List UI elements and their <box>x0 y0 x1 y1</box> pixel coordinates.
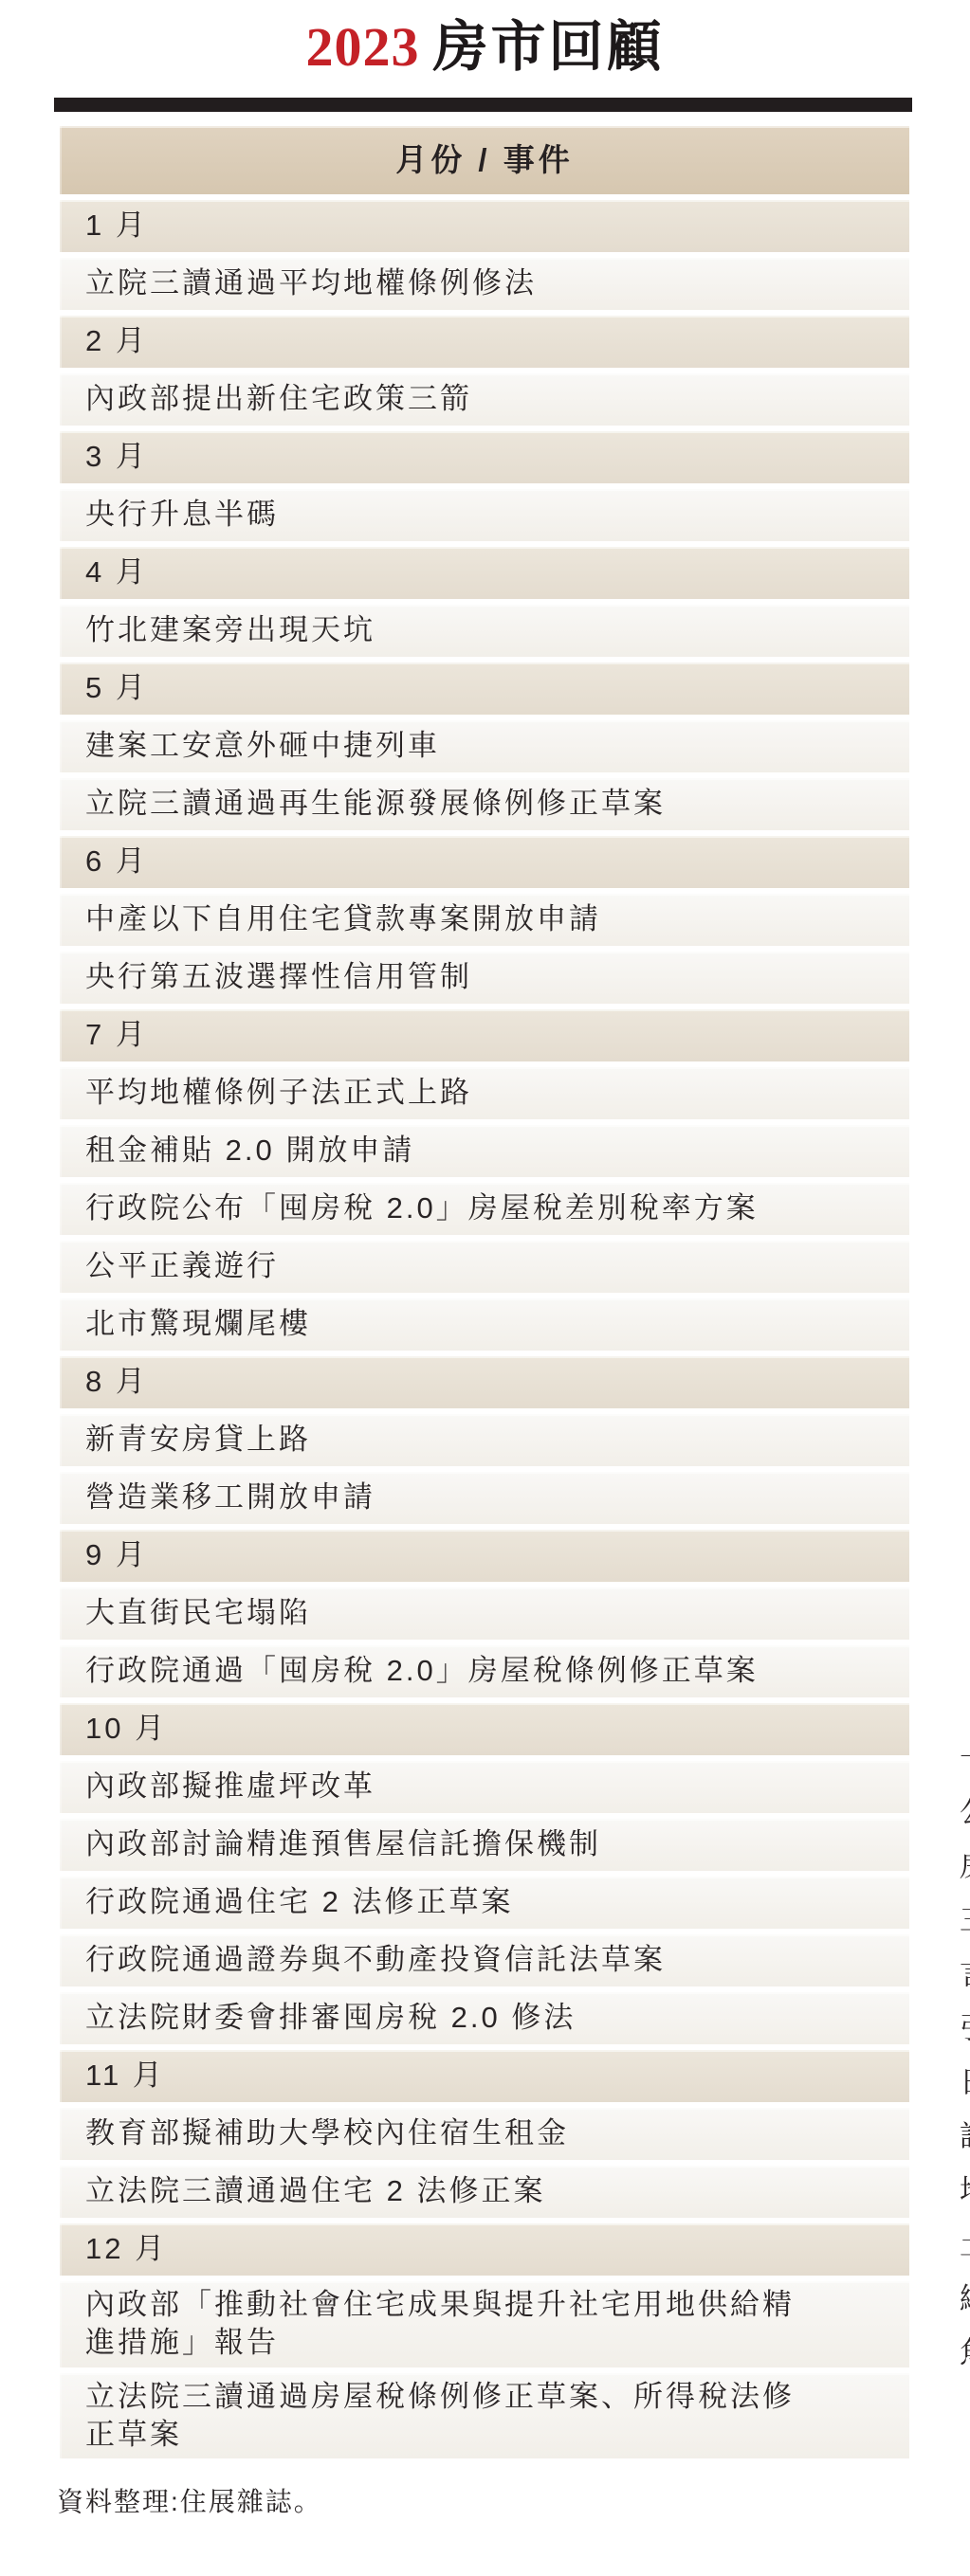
table-row-event: 內政部討論精進預售屋信託擔保機制 <box>60 1819 909 1871</box>
table-row-event: 竹北建案旁出現天坑 <box>60 605 909 657</box>
table-row-event: 央行第五波選擇性信用管制 <box>60 952 909 1004</box>
event-label: 竹北建案旁出現天坑 <box>85 611 375 649</box>
table-row-event: 立法院財委會排審囤房稅 2.0 修法 <box>60 1992 909 2044</box>
month-label: 7 月 <box>85 1016 148 1054</box>
event-label: 內政部「推動社會住宅成果與提升社宅用地供給精 進措施」報告 <box>85 2286 795 2363</box>
table-row-event: 央行升息半碼 <box>60 489 909 541</box>
event-label: 行政院通過證券與不動產投資信託法草案 <box>85 1941 666 1979</box>
table-row-event: 行政院公布「囤房稅 2.0」房屋稅差別稅率方案 <box>60 1183 909 1235</box>
event-label: 新青安房貸上路 <box>85 1421 311 1459</box>
table-row-month: 5 月 <box>60 662 909 715</box>
title-text: 房市回顧 <box>432 16 664 78</box>
table-row-month: 6 月 <box>60 836 909 888</box>
month-label: 5 月 <box>85 669 148 707</box>
event-label: 平均地權條例子法正式上路 <box>85 1074 472 1112</box>
event-label: 公平正義遊行 <box>85 1247 279 1285</box>
table-row-event: 北市驚現爛尾樓 <box>60 1298 909 1351</box>
table-row-event: 立院三讀通過再生能源發展條例修正草案 <box>60 778 909 830</box>
table-row-month: 2 月 <box>60 316 909 368</box>
event-label: 內政部擬推虛坪改革 <box>85 1768 375 1805</box>
table-row-event: 公平正義遊行 <box>60 1241 909 1293</box>
event-label: 央行升息半碼 <box>85 496 279 534</box>
table-row-event: 營造業移工開放申請 <box>60 1472 909 1524</box>
table-row-month: 11 月 <box>60 2050 909 2102</box>
event-label: 行政院通過「囤房稅 2.0」房屋稅條例修正草案 <box>85 1652 759 1690</box>
event-label: 租金補貼 2.0 開放申請 <box>85 1132 414 1170</box>
month-label: 6 月 <box>85 843 148 880</box>
month-label: 9 月 <box>85 1536 148 1574</box>
divider-bar <box>54 98 912 112</box>
event-label: 內政部提出新住宅政策三箭 <box>85 380 472 418</box>
title-year: 2023 <box>305 16 419 78</box>
table-row-event: 建案工安意外砸中捷列車 <box>60 720 909 772</box>
month-label: 3 月 <box>85 438 148 476</box>
event-label: 中產以下自用住宅貸款專案開放申請 <box>85 900 601 938</box>
table-row-event: 立院三讀通過平均地權條例修法 <box>60 258 909 310</box>
table-row-event: 內政部擬推虛坪改革 <box>60 1761 909 1813</box>
table-row-month: 10 月 <box>60 1703 909 1755</box>
table-row-event: 立法院三讀通過房屋稅條例修正草案、所得稅法修 正草案 <box>60 2373 909 2459</box>
table-header: 月份 / 事件 <box>60 126 909 194</box>
event-label: 北市驚現爛尾樓 <box>85 1305 311 1343</box>
event-label: 立院三讀通過平均地權條例修法 <box>85 264 537 302</box>
event-label: 營造業移工開放申請 <box>85 1478 375 1516</box>
month-label: 1 月 <box>85 207 148 245</box>
table-row-event: 中產以下自用住宅貸款專案開放申請 <box>60 894 909 946</box>
table-row-event: 行政院通過「囤房稅 2.0」房屋稅條例修正草案 <box>60 1645 909 1697</box>
event-label: 大直街民宅塌陷 <box>85 1594 311 1632</box>
event-label: 建案工安意外砸中捷列車 <box>85 727 440 765</box>
table-row-month: 7 月 <box>60 1009 909 1061</box>
table-row-month: 12 月 <box>60 2223 909 2276</box>
event-label: 立法院三讀通過房屋稅條例修正草案、所得稅法修 正草案 <box>85 2378 795 2455</box>
event-label: 立院三讀通過再生能源發展條例修正草案 <box>85 785 666 823</box>
table-row-event: 立法院三讀通過住宅 2 法修正案 <box>60 2166 909 2218</box>
event-label: 內政部討論精進預售屋信託擔保機制 <box>85 1825 601 1863</box>
page-title: 2023房市回顧 <box>0 17 970 78</box>
event-label: 立法院財委會排審囤房稅 2.0 修法 <box>85 1999 576 2037</box>
table-row-event: 教育部擬補助大學校內住宿生租金 <box>60 2108 909 2160</box>
table-row-event: 平均地權條例子法正式上路 <box>60 1067 909 1119</box>
table-row-month: 8 月 <box>60 1356 909 1408</box>
events-table: 月份 / 事件 1 月立院三讀通過平均地權條例修法2 月內政部提出新住宅政策三箭… <box>60 126 909 2458</box>
month-label: 11 月 <box>85 2057 165 2095</box>
event-label: 立法院三讀通過住宅 2 法修正案 <box>85 2172 545 2210</box>
clipped-vertical-text: 一公房三言引日請地土縮魚 <box>950 1742 970 2390</box>
source-note: 資料整理:住展雜誌。 <box>57 2481 322 2519</box>
table-row-event: 大直街民宅塌陷 <box>60 1587 909 1640</box>
table-row-event: 內政部提出新住宅政策三箭 <box>60 373 909 426</box>
event-label: 行政院公布「囤房稅 2.0」房屋稅差別稅率方案 <box>85 1189 759 1227</box>
table-row-event: 行政院通過證券與不動產投資信託法草案 <box>60 1934 909 1986</box>
table-row-month: 4 月 <box>60 547 909 599</box>
table-header-label: 月份 / 事件 <box>395 140 574 181</box>
table-row-month: 1 月 <box>60 200 909 252</box>
infographic-page: 2023房市回顧 月份 / 事件 1 月立院三讀通過平均地權條例修法2 月內政部… <box>0 0 970 2576</box>
table-row-month: 9 月 <box>60 1530 909 1582</box>
table-row-event: 行政院通過住宅 2 法修正草案 <box>60 1877 909 1929</box>
event-label: 教育部擬補助大學校內住宿生租金 <box>85 2114 569 2152</box>
month-label: 12 月 <box>85 2230 167 2268</box>
table-row-event: 租金補貼 2.0 開放申請 <box>60 1125 909 1177</box>
event-label: 行政院通過住宅 2 法修正草案 <box>85 1883 513 1921</box>
month-label: 2 月 <box>85 322 148 360</box>
month-label: 4 月 <box>85 553 148 591</box>
event-label: 央行第五波選擇性信用管制 <box>85 958 472 996</box>
table-row-month: 3 月 <box>60 431 909 483</box>
table-row-event: 新青安房貸上路 <box>60 1414 909 1466</box>
month-label: 8 月 <box>85 1363 148 1401</box>
month-label: 10 月 <box>85 1710 167 1748</box>
table-row-event: 內政部「推動社會住宅成果與提升社宅用地供給精 進措施」報告 <box>60 2281 909 2367</box>
